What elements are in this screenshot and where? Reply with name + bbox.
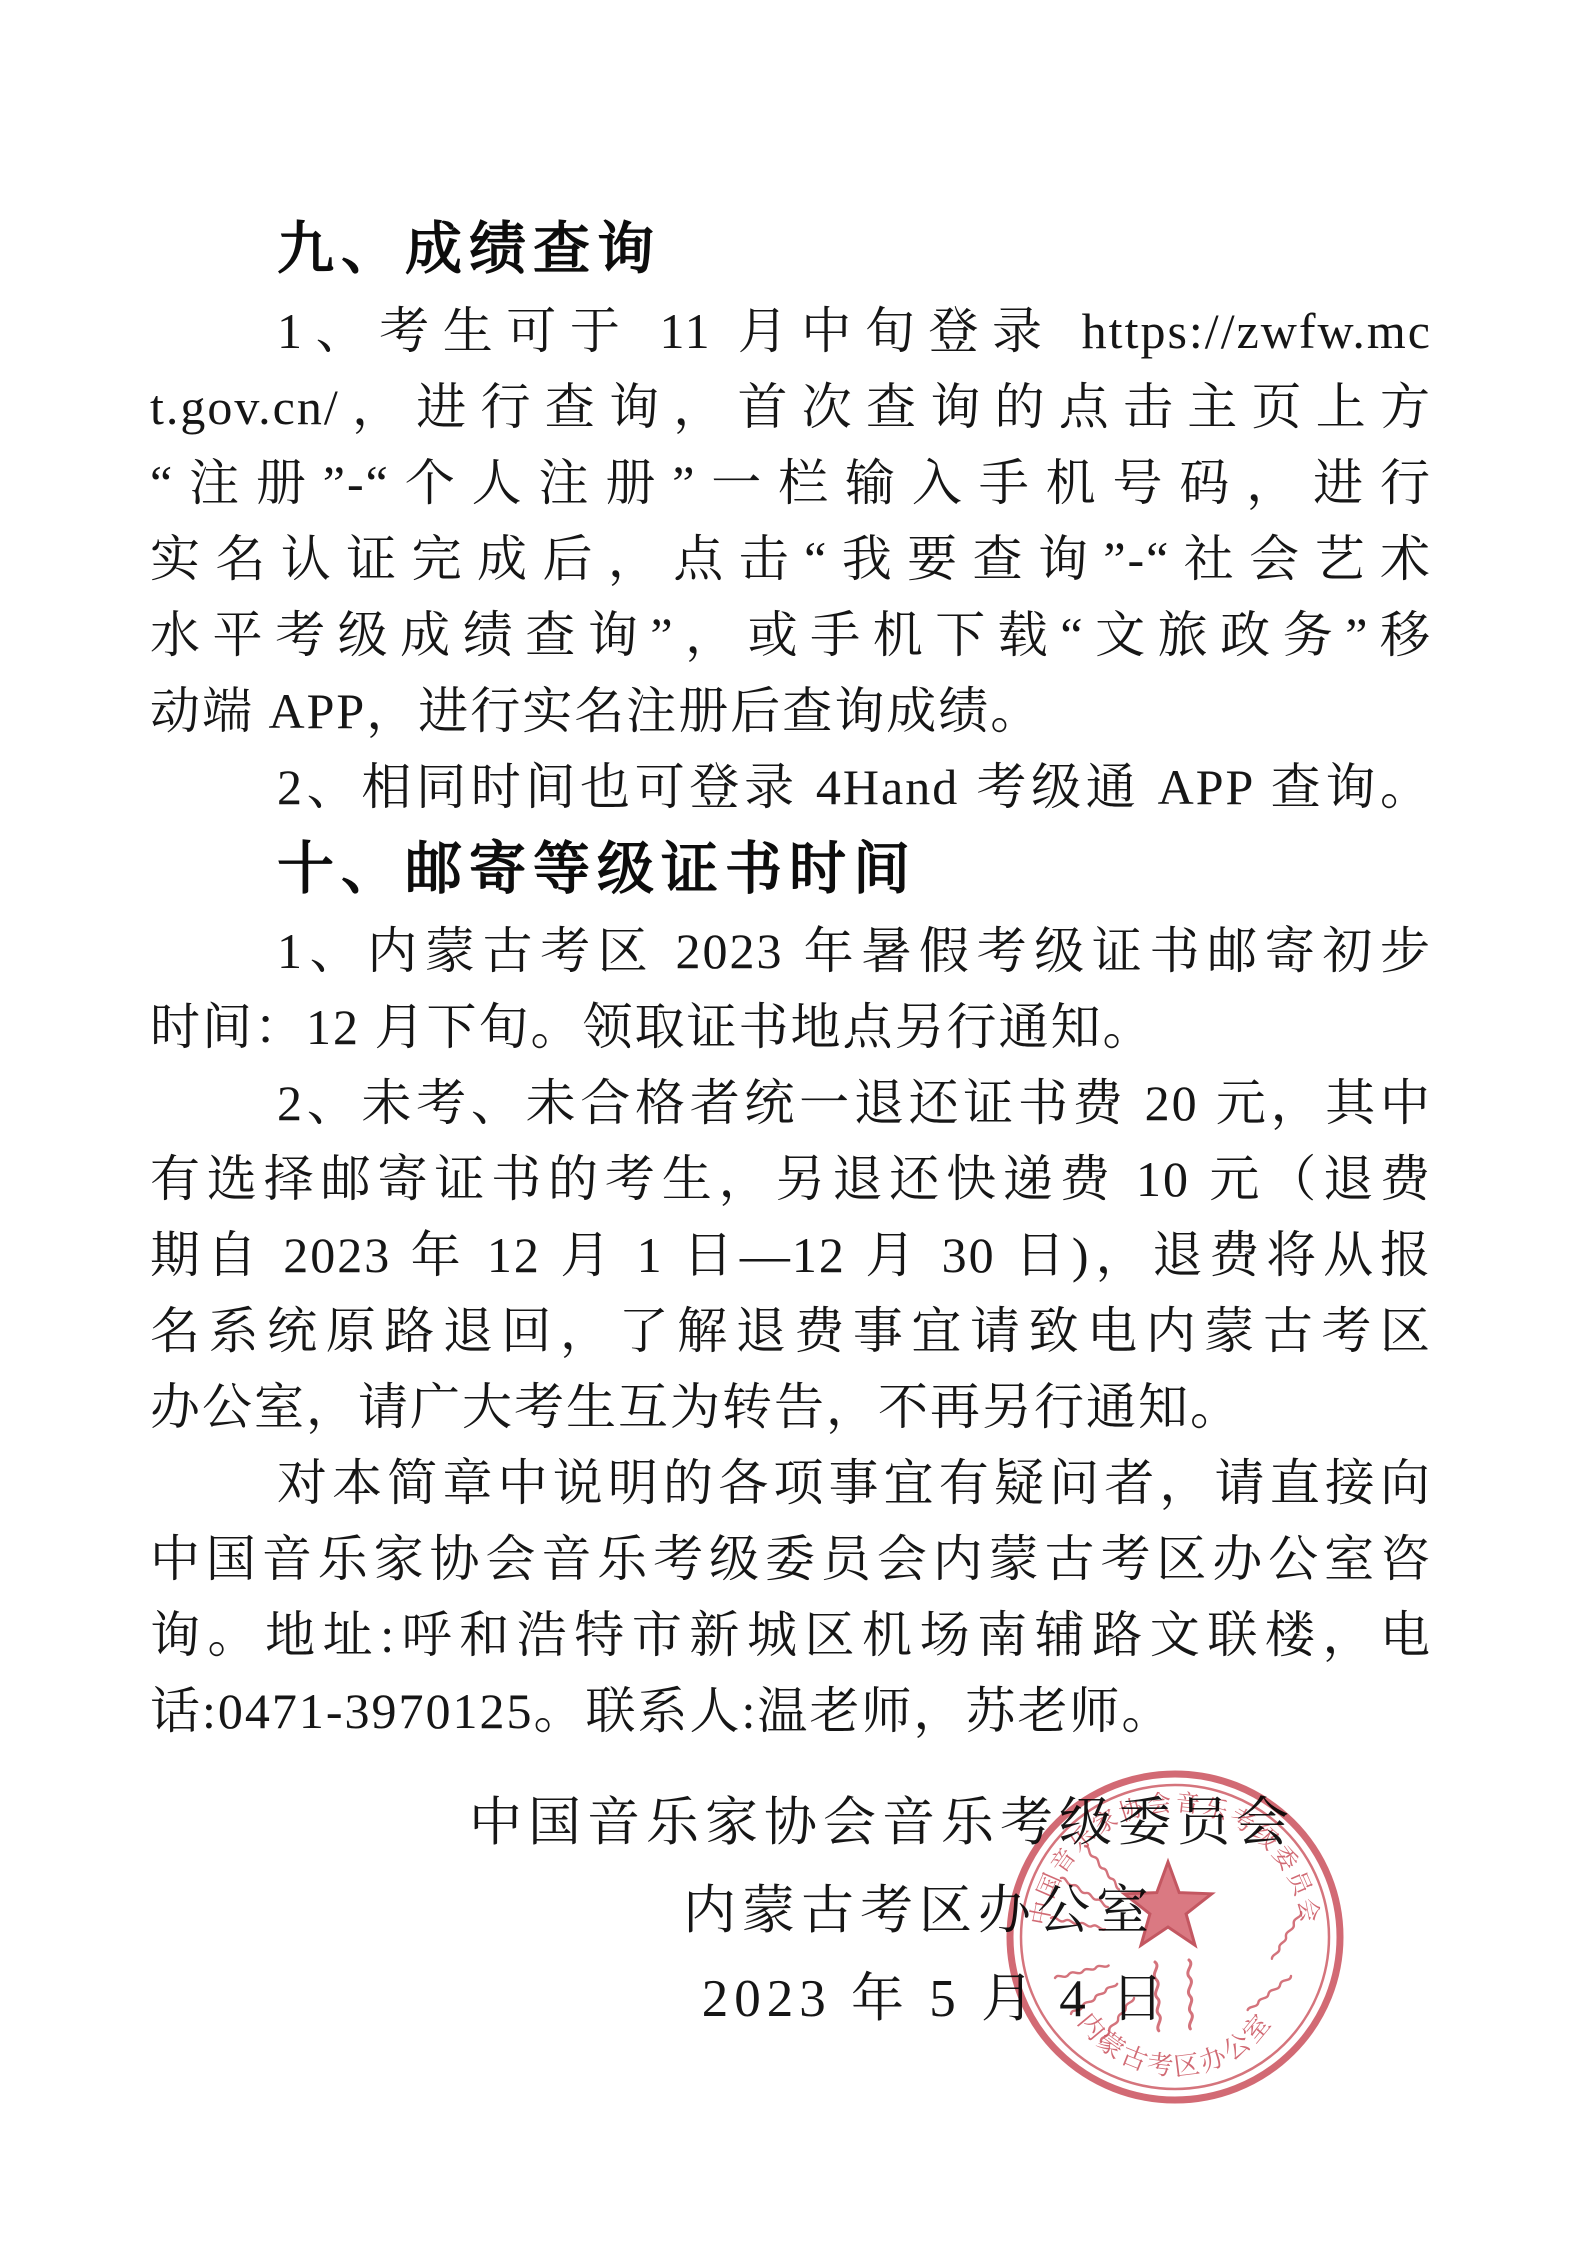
body-text-line: 时间：12 月下旬。领取证书地点另行通知。 bbox=[150, 989, 1432, 1065]
body-text-line: 实名认证完成后，点击“我要查询”-“社会艺术 bbox=[150, 521, 1432, 597]
body-text-line: 2、未考、未合格者统一退还证书费 20 元，其中 bbox=[150, 1065, 1432, 1141]
body-text-line: 期自 2023 年 12 月 1 日—12 月 30 日)，退费将从报 bbox=[150, 1217, 1432, 1293]
article-body: 九、成绩查询1、考生可于 11 月中旬登录 https://zwfw.mct.g… bbox=[150, 205, 1432, 2043]
text-lines: 九、成绩查询1、考生可于 11 月中旬登录 https://zwfw.mct.g… bbox=[150, 205, 1432, 1749]
body-text-line: 动端 APP，进行实名注册后查询成绩。 bbox=[150, 673, 1432, 749]
seal-inner-ring bbox=[1021, 1785, 1329, 2089]
body-text-line: 1、考生可于 11 月中旬登录 https://zwfw.mc bbox=[150, 293, 1432, 369]
body-text-line: “注册”-“个人注册”一栏输入手机号码，进行 bbox=[150, 445, 1432, 521]
body-text-line: 话:0471-3970125。联系人:温老师，苏老师。 bbox=[150, 1673, 1432, 1749]
seal-star-icon bbox=[1124, 1862, 1211, 1945]
body-text-line: 水平考级成绩查询”，或手机下载“文旅政务”移 bbox=[150, 597, 1432, 673]
seal-outer-ring bbox=[1010, 1774, 1340, 2100]
body-text-line: 办公室，请广大考生互为转告，不再另行通知。 bbox=[150, 1369, 1432, 1445]
body-text-line: 2、相同时间也可登录 4Hand 考级通 APP 查询。 bbox=[150, 749, 1432, 825]
body-text-line: 1、内蒙古考区 2023 年暑假考级证书邮寄初步 bbox=[150, 913, 1432, 989]
body-text-line: 中国音乐家协会音乐考级委员会内蒙古考区办公室咨 bbox=[150, 1521, 1432, 1597]
document-page: 九、成绩查询1、考生可于 11 月中旬登录 https://zwfw.mct.g… bbox=[0, 0, 1587, 2245]
body-text-line: 有选择邮寄证书的考生，另退还快递费 10 元（退费 bbox=[150, 1141, 1432, 1217]
body-text-line: t.gov.cn/，进行查询，首次查询的点击主页上方 bbox=[150, 369, 1432, 445]
body-text-line: 询。地址:呼和浩特市新城区机场南辅路文联楼，电 bbox=[150, 1597, 1432, 1673]
section-heading: 十、邮寄等级证书时间 bbox=[150, 825, 1432, 913]
section-heading: 九、成绩查询 bbox=[150, 205, 1432, 293]
official-seal-stamp: 中国音乐家协会音乐考级委员会 内蒙古考区办公室 bbox=[1005, 1770, 1347, 2108]
body-text-line: 对本简章中说明的各项事宜有疑问者，请直接向 bbox=[150, 1445, 1432, 1521]
body-text-line: 名系统原路退回，了解退费事宜请致电内蒙古考区 bbox=[150, 1293, 1432, 1369]
